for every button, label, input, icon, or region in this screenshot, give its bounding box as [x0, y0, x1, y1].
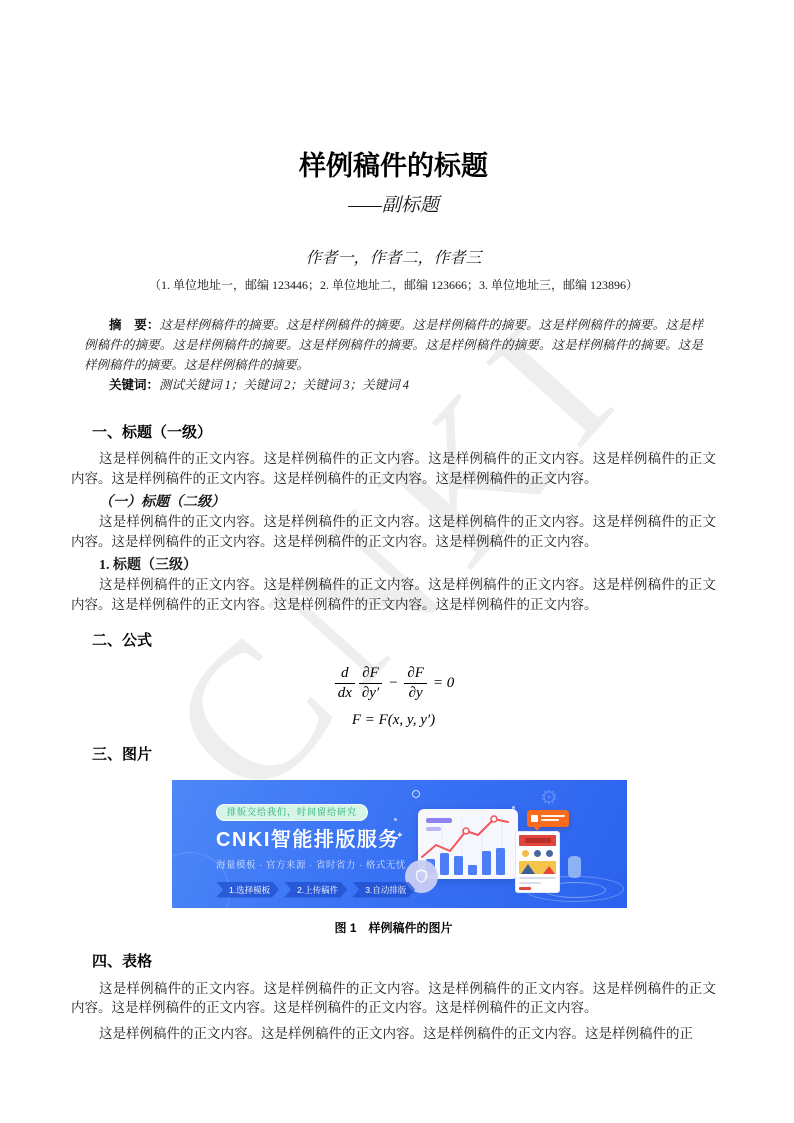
body-paragraph-2: 这是样例稿件的正文内容。这是样例稿件的正文内容。这是样例稿件的正文内容。这是样例…	[71, 512, 716, 551]
abstract-block: 摘 要：这是样例稿件的摘要。这是样例稿件的摘要。这是样例稿件的摘要。这是样例稿件…	[71, 315, 716, 395]
figure-caption: 图 1样例稿件的图片	[71, 920, 716, 936]
figure-banner: ⚙ ✦	[172, 780, 627, 908]
body-paragraph-4: 这是样例稿件的正文内容。这是样例稿件的正文内容。这是样例稿件的正文内容。这是样例…	[71, 979, 716, 1018]
keywords-label: 关键词：	[109, 378, 159, 392]
cnki-banner-image: ⚙ ✦	[172, 780, 627, 908]
minus-operator: −	[388, 675, 398, 692]
banner-subtitle: 海量模板 · 官方来源 · 省时省力 · 格式无忧	[216, 857, 415, 871]
banner-step-2: 2.上传稿件	[284, 882, 347, 898]
section-heading-table: 四、表格	[92, 952, 716, 972]
document-preview-card	[515, 831, 560, 893]
page-title: 样例稿件的标题	[71, 148, 716, 184]
abstract-paragraph: 摘 要：这是样例稿件的摘要。这是样例稿件的摘要。这是样例稿件的摘要。这是样例稿件…	[84, 315, 703, 375]
gear-icon: ⚙	[540, 788, 558, 808]
authors-line: 作者一，作者二，作者三	[71, 248, 716, 270]
banner-badge: 排版交给我们，时间留给研究	[216, 804, 368, 821]
body-paragraph-5-truncated: 这是样例稿件的正文内容。这是样例稿件的正文内容。这是样例稿件的正文内容。这是样例…	[71, 1024, 716, 1044]
section-heading-formula: 二、公式	[92, 631, 716, 651]
section-heading-level3: 1. 标题（三级）	[99, 556, 716, 575]
fraction-dF-dy: ∂F∂y	[404, 665, 427, 703]
affiliation-line: （1. 单位地址一，邮编 123446；2. 单位地址二，邮编 123666；3…	[71, 277, 716, 293]
document-page: CNKI 样例稿件的标题 ——副标题 作者一，作者二，作者三 （1. 单位地址一…	[0, 0, 794, 1123]
fraction-d-dx: ddx	[335, 665, 355, 703]
body-paragraph-1: 这是样例稿件的正文内容。这是样例稿件的正文内容。这是样例稿件的正文内容。这是样例…	[71, 449, 716, 488]
section-heading-level1: 一、标题（一级）	[92, 423, 716, 443]
notification-bubble-icon	[527, 810, 569, 827]
formula-block: ddx∂F∂y′−∂F∂y= 0 F = F(x, y, y′)	[71, 665, 716, 729]
formula-f-definition: F = F(x, y, y′)	[71, 712, 716, 729]
banner-step-3: 3.自动排版	[352, 882, 415, 898]
banner-title: CNKI智能排版服务	[216, 828, 415, 852]
abstract-label: 摘 要：	[109, 318, 160, 332]
document-content: 样例稿件的标题 ——副标题 作者一，作者二，作者三 （1. 单位地址一，邮编 1…	[0, 148, 794, 1043]
figure-caption-text: 样例稿件的图片	[369, 921, 453, 935]
page-subtitle: ——副标题	[71, 194, 716, 218]
body-paragraph-3: 这是样例稿件的正文内容。这是样例稿件的正文内容。这是样例稿件的正文内容。这是样例…	[71, 575, 716, 614]
fraction-dF-dyprime: ∂F∂y′	[359, 665, 382, 703]
banner-steps: 1.选择模板 2.上传稿件 3.自动排版	[216, 882, 415, 898]
banner-step-1: 1.选择模板	[216, 882, 279, 898]
section-heading-level2: （一）标题（二级）	[99, 493, 716, 512]
keywords-text: 测试关键词 1；关键词 2；关键词 3；关键词 4	[159, 378, 409, 392]
decor-cylinder	[568, 856, 581, 878]
equation-rhs: = 0	[433, 675, 454, 692]
formula-euler-lagrange: ddx∂F∂y′−∂F∂y= 0	[71, 665, 716, 703]
banner-text-area: 排版交给我们，时间留给研究 CNKI智能排版服务 海量模板 · 官方来源 · 省…	[216, 802, 415, 898]
section-heading-figure: 三、图片	[92, 745, 716, 765]
figure-caption-label: 图 1	[334, 921, 356, 935]
decor-circle-outline	[412, 790, 420, 798]
abstract-text: 这是样例稿件的摘要。这是样例稿件的摘要。这是样例稿件的摘要。这是样例稿件的摘要。…	[84, 318, 703, 372]
keywords-paragraph: 关键词：测试关键词 1；关键词 2；关键词 3；关键词 4	[84, 375, 703, 395]
